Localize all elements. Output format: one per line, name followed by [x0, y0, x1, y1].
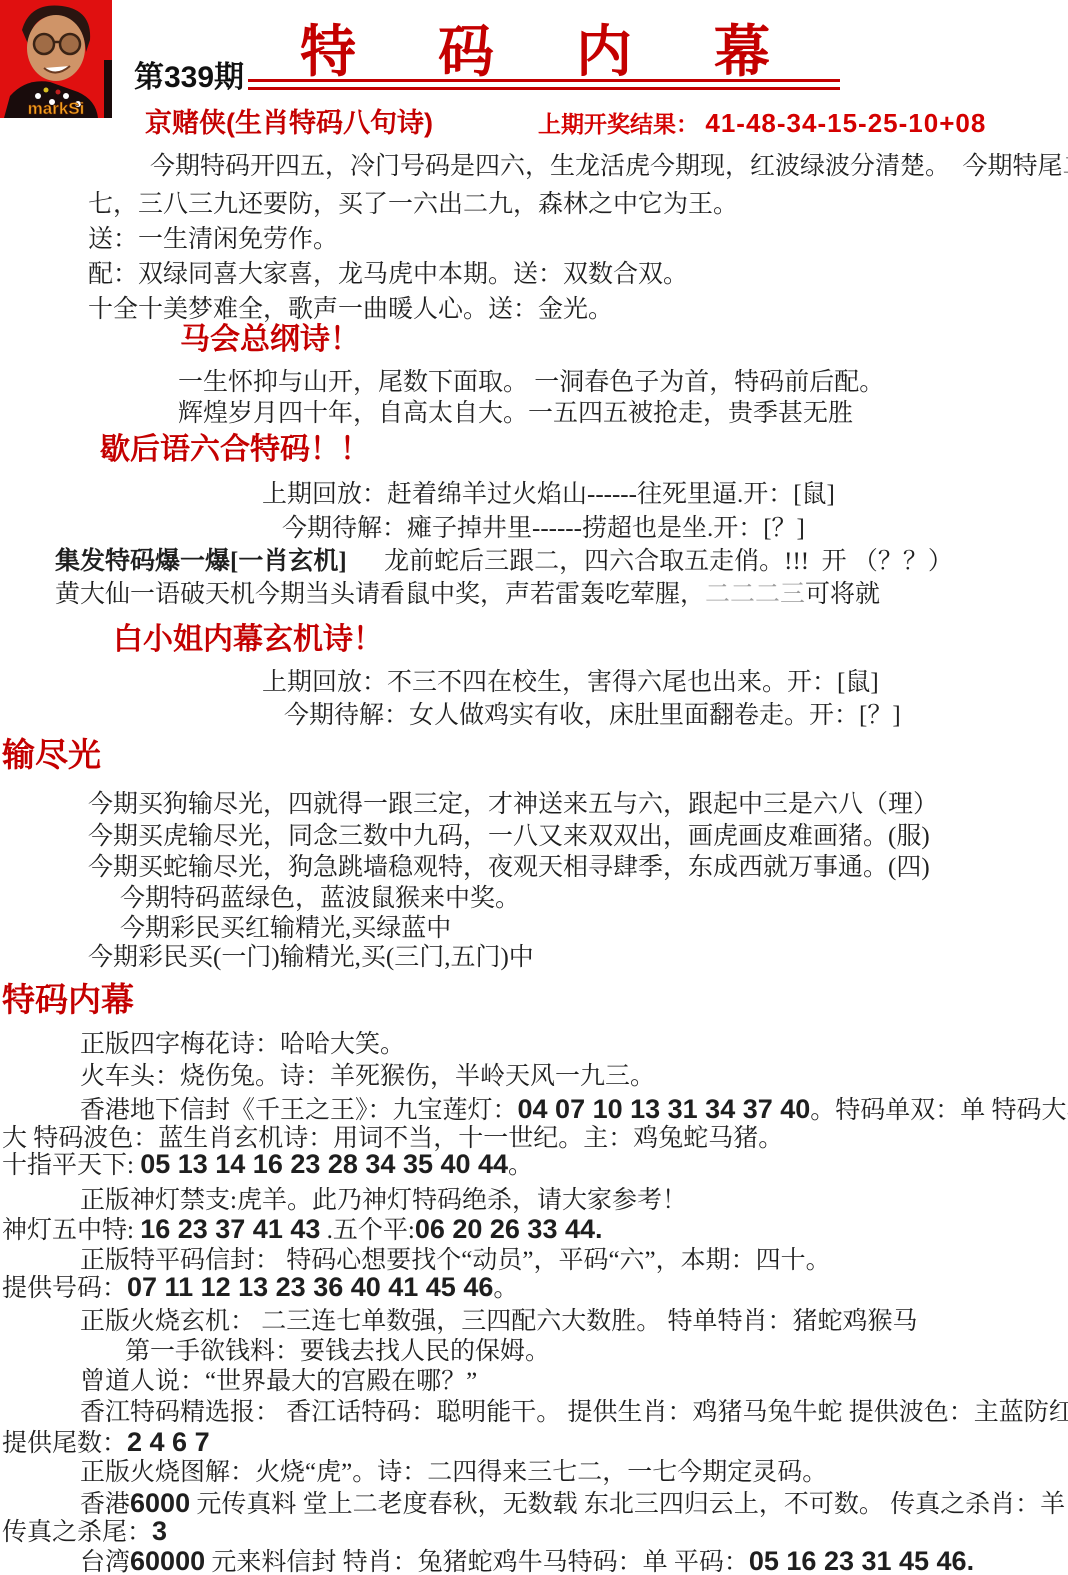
text-segment: 二二二三 — [705, 581, 805, 608]
text-line: 辉煌岁月四十年，自高太自大。一五四五被抢走，贵季甚无胜 — [178, 399, 853, 429]
text-segment: 今期买虎输尽光，同念三数中九码，一八又来双双出，画虎画皮难画猪。(服) — [88, 823, 930, 850]
text-line: 正版四字梅花诗：哈哈大笑。 — [80, 1030, 405, 1060]
text-line: 今期待解：瘫子掉井里------捞超也是坐.开：[？] — [282, 514, 805, 544]
text-segment: 十全十美梦难全，歌声一曲暖人心。送：金光。 — [88, 296, 613, 323]
text-segment: 上期回放：不三不四在校生，害得六尾也出来。开：[鼠] — [262, 669, 879, 696]
text-line: 配：双绿同喜大家喜，龙马虎中本期。送：双数合双。 — [88, 260, 688, 290]
tagline: 京赌侠(生肖特码八句诗) — [145, 101, 433, 140]
text-segment: 06 20 26 33 44. — [415, 1214, 603, 1244]
text-line: 今期特码蓝绿色，蓝波鼠猴来中奖。 — [120, 884, 520, 914]
text-line: 今期彩民买红输精光,买绿蓝中 — [120, 914, 451, 944]
text-line: 神灯五中特: 16 23 37 41 43 .五个平:06 20 26 33 4… — [2, 1213, 603, 1246]
text-segment: 。特码单双：单 特码大小： — [810, 1097, 1068, 1124]
text-line: 今期买狗输尽光，四就得一跟三定，才神送来五与六，跟起中三是六八（理） — [88, 790, 938, 820]
text-segment: 龙前蛇后三跟二，四六合取五走俏。!!! 开 （？？） — [347, 548, 953, 575]
text-segment: 香江特码精选报： 香江话特码：聪明能干。 提供生肖：鸡猪马兔牛蛇 提供波色：主蓝… — [80, 1399, 1068, 1426]
text-segment: 。 — [508, 1152, 533, 1179]
text-segment: 正版特平码信封： 特码心想要找个“动员”，平码“六”，本期：四十。 — [80, 1247, 831, 1274]
text-line: 黄大仙一语破天机今期当头请看鼠中奖，声若雷轰吃荤腥，二二二三可将就 — [55, 580, 880, 610]
text-segment: 香港 — [80, 1491, 130, 1518]
text-line: 上期回放：不三不四在校生，害得六尾也出来。开：[鼠] — [262, 668, 879, 698]
text-segment: 正版神灯禁支:虎羊。此乃神灯特码绝杀，请大家参考！ — [80, 1187, 687, 1214]
text-segment: 一生怀抑与山开，尾数下面取。 一洞春色子为首，特码前后配。 — [178, 369, 884, 396]
text-line: 香港地下信封《千王之王》：九宝莲灯：04 07 10 13 31 34 37 4… — [80, 1093, 1068, 1126]
text-segment: 集发特码爆一爆[一肖玄机] — [55, 548, 347, 575]
logo-text: markSi — [28, 99, 85, 118]
text-line: 台湾60000 元来料信封 特肖：兔猪蛇鸡牛马特码：单 平码：05 16 23 … — [80, 1545, 974, 1575]
text-line: 香港6000 元传真料 堂上二老度春秋，无数载 东北三四归云上，不可数。 传真之… — [80, 1487, 1065, 1520]
text-line: 火车头：烧伤兔。诗：羊死猴伤，半岭天风一九三。 — [80, 1062, 655, 1092]
text-line: 提供尾数：2 4 6 7 — [2, 1426, 210, 1459]
section-heading: 歇后语六合特码！！ — [100, 432, 370, 468]
text-segment: 05 13 14 16 23 28 34 35 40 44 — [140, 1149, 508, 1179]
text-segment: 07 11 12 13 23 36 40 41 45 46 — [127, 1272, 493, 1302]
title-underline-bottom — [248, 87, 840, 90]
text-segment: 05 16 23 31 45 46. — [749, 1546, 974, 1575]
text-segment: 火车头：烧伤兔。诗：羊死猴伤，半岭天风一九三。 — [80, 1063, 655, 1090]
page: markSi 第339期 特码内幕 京赌侠(生肖特码八句诗) 上期开奖结果： 4… — [0, 0, 1068, 1575]
text-line: 第一手欲钱料：要钱去找人民的保姆。 — [125, 1337, 550, 1367]
text-line: 今期待解：女人做鸡实有收，床肚里面翻卷走。开：[？] — [284, 701, 901, 731]
section-heading: 白小姐内幕玄机诗！ — [113, 622, 383, 658]
text-line: 曾道人说：“世界最大的宫殿在哪？” — [80, 1367, 477, 1397]
title-underline-top — [248, 79, 840, 82]
section-heading: 马会总纲诗！ — [180, 322, 360, 358]
page-title: 特码内幕 — [300, 8, 852, 88]
text-segment: 3 — [152, 1516, 167, 1546]
text-line: 今期买蛇输尽光，狗急跳墙稳观特，夜观天相寻肆季，东成西就万事通。(四) — [88, 853, 930, 883]
text-line: 正版火烧玄机： 二三连七单数强，三四配六大数胜。 特单特肖：猪蛇鸡猴马 — [80, 1307, 918, 1337]
text-line: 今期买虎输尽光，同念三数中九码，一八又来双双出，画虎画皮难画猪。(服) — [88, 822, 930, 852]
marksix-portrait-logo: markSi — [0, 0, 112, 118]
text-segment: 输尽光 — [2, 736, 101, 773]
text-segment: 正版四字梅花诗：哈哈大笑。 — [80, 1031, 405, 1058]
text-line: 今期特码开四五，冷门号码是四六，生龙活虎今期现，红波绿波分清楚。 今期特尾二三 — [150, 152, 1068, 182]
text-segment: 马会总纲诗！ — [180, 323, 360, 356]
text-segment: 曾道人说：“世界最大的宫殿在哪？” — [80, 1368, 477, 1395]
text-segment: 上期回放：赶着绵羊过火焰山------往死里逼.开：[鼠] — [262, 481, 835, 508]
text-segment: 白小姐内幕玄机诗！ — [113, 623, 383, 656]
previous-result-label: 上期开奖结果： — [538, 111, 699, 137]
text-segment: 。 — [493, 1275, 518, 1302]
text-segment: 歇后语六合特码！！ — [100, 433, 370, 466]
text-segment: 黄大仙一语破天机今期当头请看鼠中奖，声若雷轰吃荤腥， — [55, 581, 705, 608]
previous-result: 上期开奖结果： 41-48-34-15-25-10+08 — [538, 106, 986, 139]
text-segment: 60000 — [130, 1546, 205, 1575]
text-line: 提供号码：07 11 12 13 23 36 40 41 45 46。 — [2, 1271, 518, 1304]
text-segment: 配：双绿同喜大家喜，龙马虎中本期。送：双数合双。 — [88, 261, 688, 288]
text-segment: 台湾 — [80, 1549, 130, 1575]
text-segment: 提供号码： — [2, 1275, 127, 1302]
text-segment: 香港地下信封《千王之王》：九宝莲灯： — [80, 1097, 518, 1124]
text-line: 正版神灯禁支:虎羊。此乃神灯特码绝杀，请大家参考！ — [80, 1186, 687, 1216]
text-segment: 04 07 10 13 31 34 37 40 — [518, 1094, 811, 1124]
text-line: 七，三八三九还要防，买了一六出二九，森林之中它为王。 — [88, 190, 738, 220]
text-segment: 送：一生清闲免劳作。 — [88, 226, 338, 253]
text-segment: 提供尾数： — [2, 1430, 127, 1457]
text-line: 正版火烧图解：火烧“虎”。诗：二四得来三七二，一七今期定灵码。 — [80, 1458, 827, 1488]
issue-label: 第339期 — [134, 52, 244, 96]
text-line: 十指平天下: 05 13 14 16 23 28 34 35 40 44。 — [2, 1148, 533, 1181]
text-segment: 传真之杀尾： — [2, 1519, 152, 1546]
text-segment: 今期彩民买(一门)输精光,买(三门,五门)中 — [88, 944, 534, 971]
text-segment: 今期买狗输尽光，四就得一跟三定，才神送来五与六，跟起中三是六八（理） — [88, 791, 938, 818]
text-line: 今期彩民买(一门)输精光,买(三门,五门)中 — [88, 943, 534, 973]
text-segment: 今期彩民买红输精光,买绿蓝中 — [120, 915, 451, 942]
text-line: 香江特码精选报： 香江话特码：聪明能干。 提供生肖：鸡猪马兔牛蛇 提供波色：主蓝… — [80, 1398, 1068, 1428]
text-segment: 神灯五中特: — [2, 1217, 140, 1244]
text-segment: 十指平天下: — [2, 1152, 140, 1179]
text-segment: 2 4 6 7 — [127, 1427, 210, 1457]
text-line: 送：一生清闲免劳作。 — [88, 225, 338, 255]
text-segment: .五个平: — [320, 1217, 414, 1244]
text-segment: 特码内幕 — [2, 981, 134, 1018]
text-segment: 今期特码开四五，冷门号码是四六，生龙活虎今期现，红波绿波分清楚。 今期特尾二三 — [150, 153, 1068, 180]
text-segment: 正版火烧玄机： 二三连七单数强，三四配六大数胜。 特单特肖：猪蛇鸡猴马 — [80, 1308, 918, 1335]
text-segment: 可将就 — [805, 581, 880, 608]
text-segment: 16 23 37 41 43 — [140, 1214, 320, 1244]
text-segment: 辉煌岁月四十年，自高太自大。一五四五被抢走，贵季甚无胜 — [178, 400, 853, 427]
text-segment: 今期待解：女人做鸡实有收，床肚里面翻卷走。开：[？] — [284, 702, 901, 729]
text-line: 一生怀抑与山开，尾数下面取。 一洞春色子为首，特码前后配。 — [178, 368, 884, 398]
text-segment: 今期买蛇输尽光，狗急跳墙稳观特，夜观天相寻肆季，东成西就万事通。(四) — [88, 854, 930, 881]
text-segment: 正版火烧图解：火烧“虎”。诗：二四得来三七二，一七今期定灵码。 — [80, 1459, 827, 1486]
text-segment: 元来料信封 特肖：兔猪蛇鸡牛马特码：单 平码： — [205, 1549, 749, 1575]
text-line: 十全十美梦难全，歌声一曲暖人心。送：金光。 — [88, 295, 613, 325]
text-segment: 6000 — [130, 1488, 190, 1518]
previous-result-numbers: 41-48-34-15-25-10+08 — [705, 108, 986, 138]
text-line: 上期回放：赶着绵羊过火焰山------往死里逼.开：[鼠] — [262, 480, 835, 510]
text-line: 传真之杀尾：3 — [2, 1515, 167, 1548]
text-line: 集发特码爆一爆[一肖玄机] 龙前蛇后三跟二，四六合取五走俏。!!! 开 （？？） — [55, 547, 953, 577]
text-segment: 今期特码蓝绿色，蓝波鼠猴来中奖。 — [120, 885, 520, 912]
text-segment: 第一手欲钱料：要钱去找人民的保姆。 — [125, 1338, 550, 1365]
text-segment: 七，三八三九还要防，买了一六出二九，森林之中它为王。 — [88, 191, 738, 218]
text-segment: 元传真料 堂上二老度春秋，无数载 东北三四归云上，不可数。 传真之杀肖：羊 — [190, 1491, 1065, 1518]
text-segment: 今期待解：瘫子掉井里------捞超也是坐.开：[？] — [282, 515, 805, 542]
section-heading: 输尽光 — [2, 735, 101, 775]
section-heading: 特码内幕 — [2, 980, 134, 1020]
